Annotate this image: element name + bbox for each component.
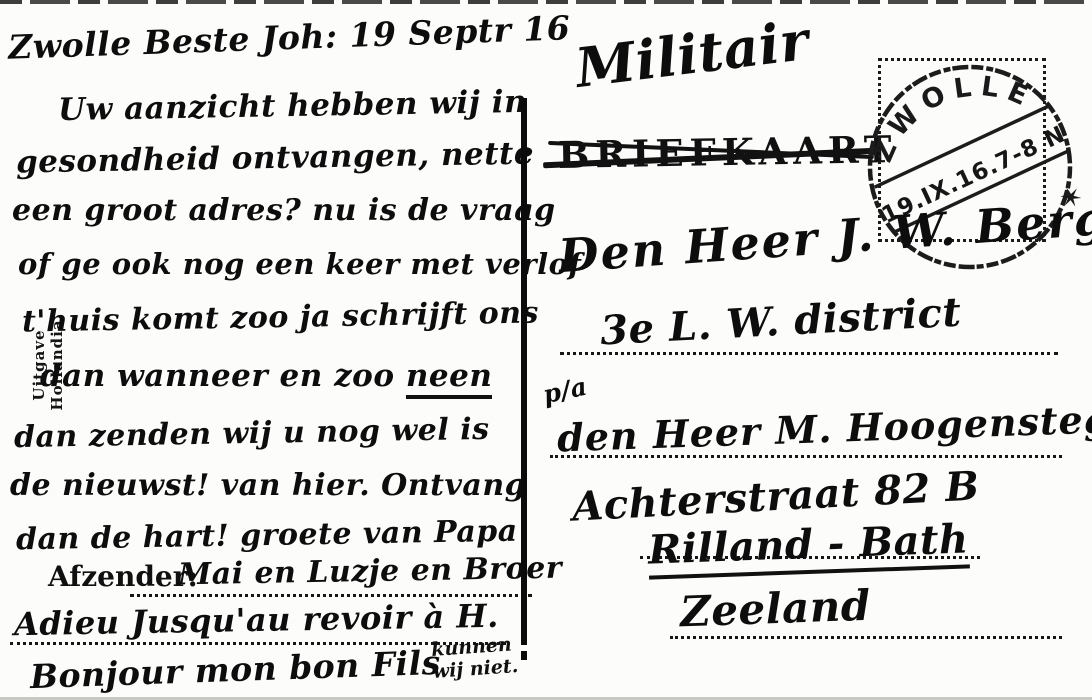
message-line-1: Uw aanzicht hebben wij in — [58, 84, 528, 128]
message-line-9: dan de hart! groete van Papa — [16, 514, 518, 558]
closing-line-2: Bonjour mon bon Fils — [29, 643, 441, 696]
message-line-6-text: dan wanneer en zoo — [40, 358, 406, 394]
message-line-6-underlined-word: neen — [406, 358, 493, 399]
center-divider-dot — [521, 651, 527, 660]
address-line-5: Rilland - Bath — [647, 515, 969, 573]
address-line-3: den Heer M. Hoogensteger — [556, 395, 1092, 461]
message-line-4: of ge ook nog een keer met verlof — [18, 247, 581, 281]
closing-line-1: Adieu Jusqu'au revoir à H. — [14, 597, 499, 643]
afzender-label: Afzender: — [48, 560, 198, 593]
margin-note-line-2: wij niet. — [432, 655, 519, 683]
message-line-6: dan wanneer en zoo neen — [40, 358, 492, 394]
postcard-scan: Uitgave Hollandia Zwolle Beste Joh: 19 S… — [0, 0, 1092, 700]
address-line-6: Zeeland — [679, 581, 871, 637]
message-dateline: Zwolle Beste Joh: 19 Septr 16 — [7, 8, 570, 67]
scan-top-edge — [0, 0, 1092, 4]
afzender-value: Mai en Luzje en Broer — [178, 551, 563, 593]
message-line-7: dan zenden wij u nog wel is — [14, 412, 490, 455]
address-line-5-text: Rilland - Bath — [647, 515, 969, 579]
margin-note: kunnen wij niet. — [431, 633, 519, 683]
center-divider-line — [521, 98, 527, 645]
militair-annotation: Militair — [572, 8, 812, 100]
message-line-2: gesondheid ontvangen, nette — [16, 135, 535, 180]
address-line-2: 3e L. W. district — [599, 289, 962, 355]
address-care-of: p/a — [540, 372, 589, 410]
message-line-5: t'huis komt zoo ja schrijft ons — [22, 295, 539, 339]
message-line-8: de nieuwst! van hier. Ontvang — [10, 468, 526, 503]
address-dotted-line-4 — [670, 636, 1062, 639]
message-line-3: een groot adres? nu is de vraag — [12, 193, 556, 228]
